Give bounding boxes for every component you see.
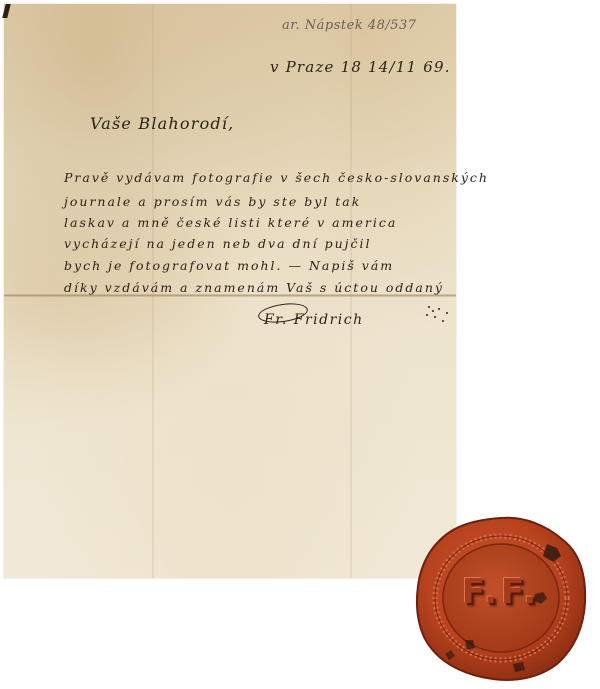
letter-body-line: bych je fotografovat mohl. — Napiš vám xyxy=(64,258,394,273)
place-and-date: v Praze 18 14/11 69. xyxy=(270,58,451,76)
ink-spatter xyxy=(424,304,454,334)
letter-body-line: Pravě vydávam fotografie v šech česko-sl… xyxy=(64,170,489,185)
archive-reference-note: ar. Nápstek 48/537 xyxy=(282,18,417,33)
letter-body-line: vycházejí na jeden neb dva dní pujčil xyxy=(64,236,372,251)
letter-body-line: journale a prosím vás by ste byl tak xyxy=(64,194,361,209)
letter-body-line: laskav a mně české listi které v america xyxy=(64,215,397,230)
signature: Fr. Fridrich xyxy=(264,312,364,328)
wax-seal: F.F. xyxy=(415,514,587,682)
salutation: Vaše Blahorodí, xyxy=(90,114,234,133)
seal-initials: F.F. xyxy=(415,572,587,612)
letter-body-line: díky vzdávám a znamenám Vaš s úctou odda… xyxy=(64,280,444,295)
handwritten-letter: ar. Nápstek 48/537 v Praze 18 14/11 69. … xyxy=(4,4,456,578)
paper-corner-mark xyxy=(2,4,10,18)
